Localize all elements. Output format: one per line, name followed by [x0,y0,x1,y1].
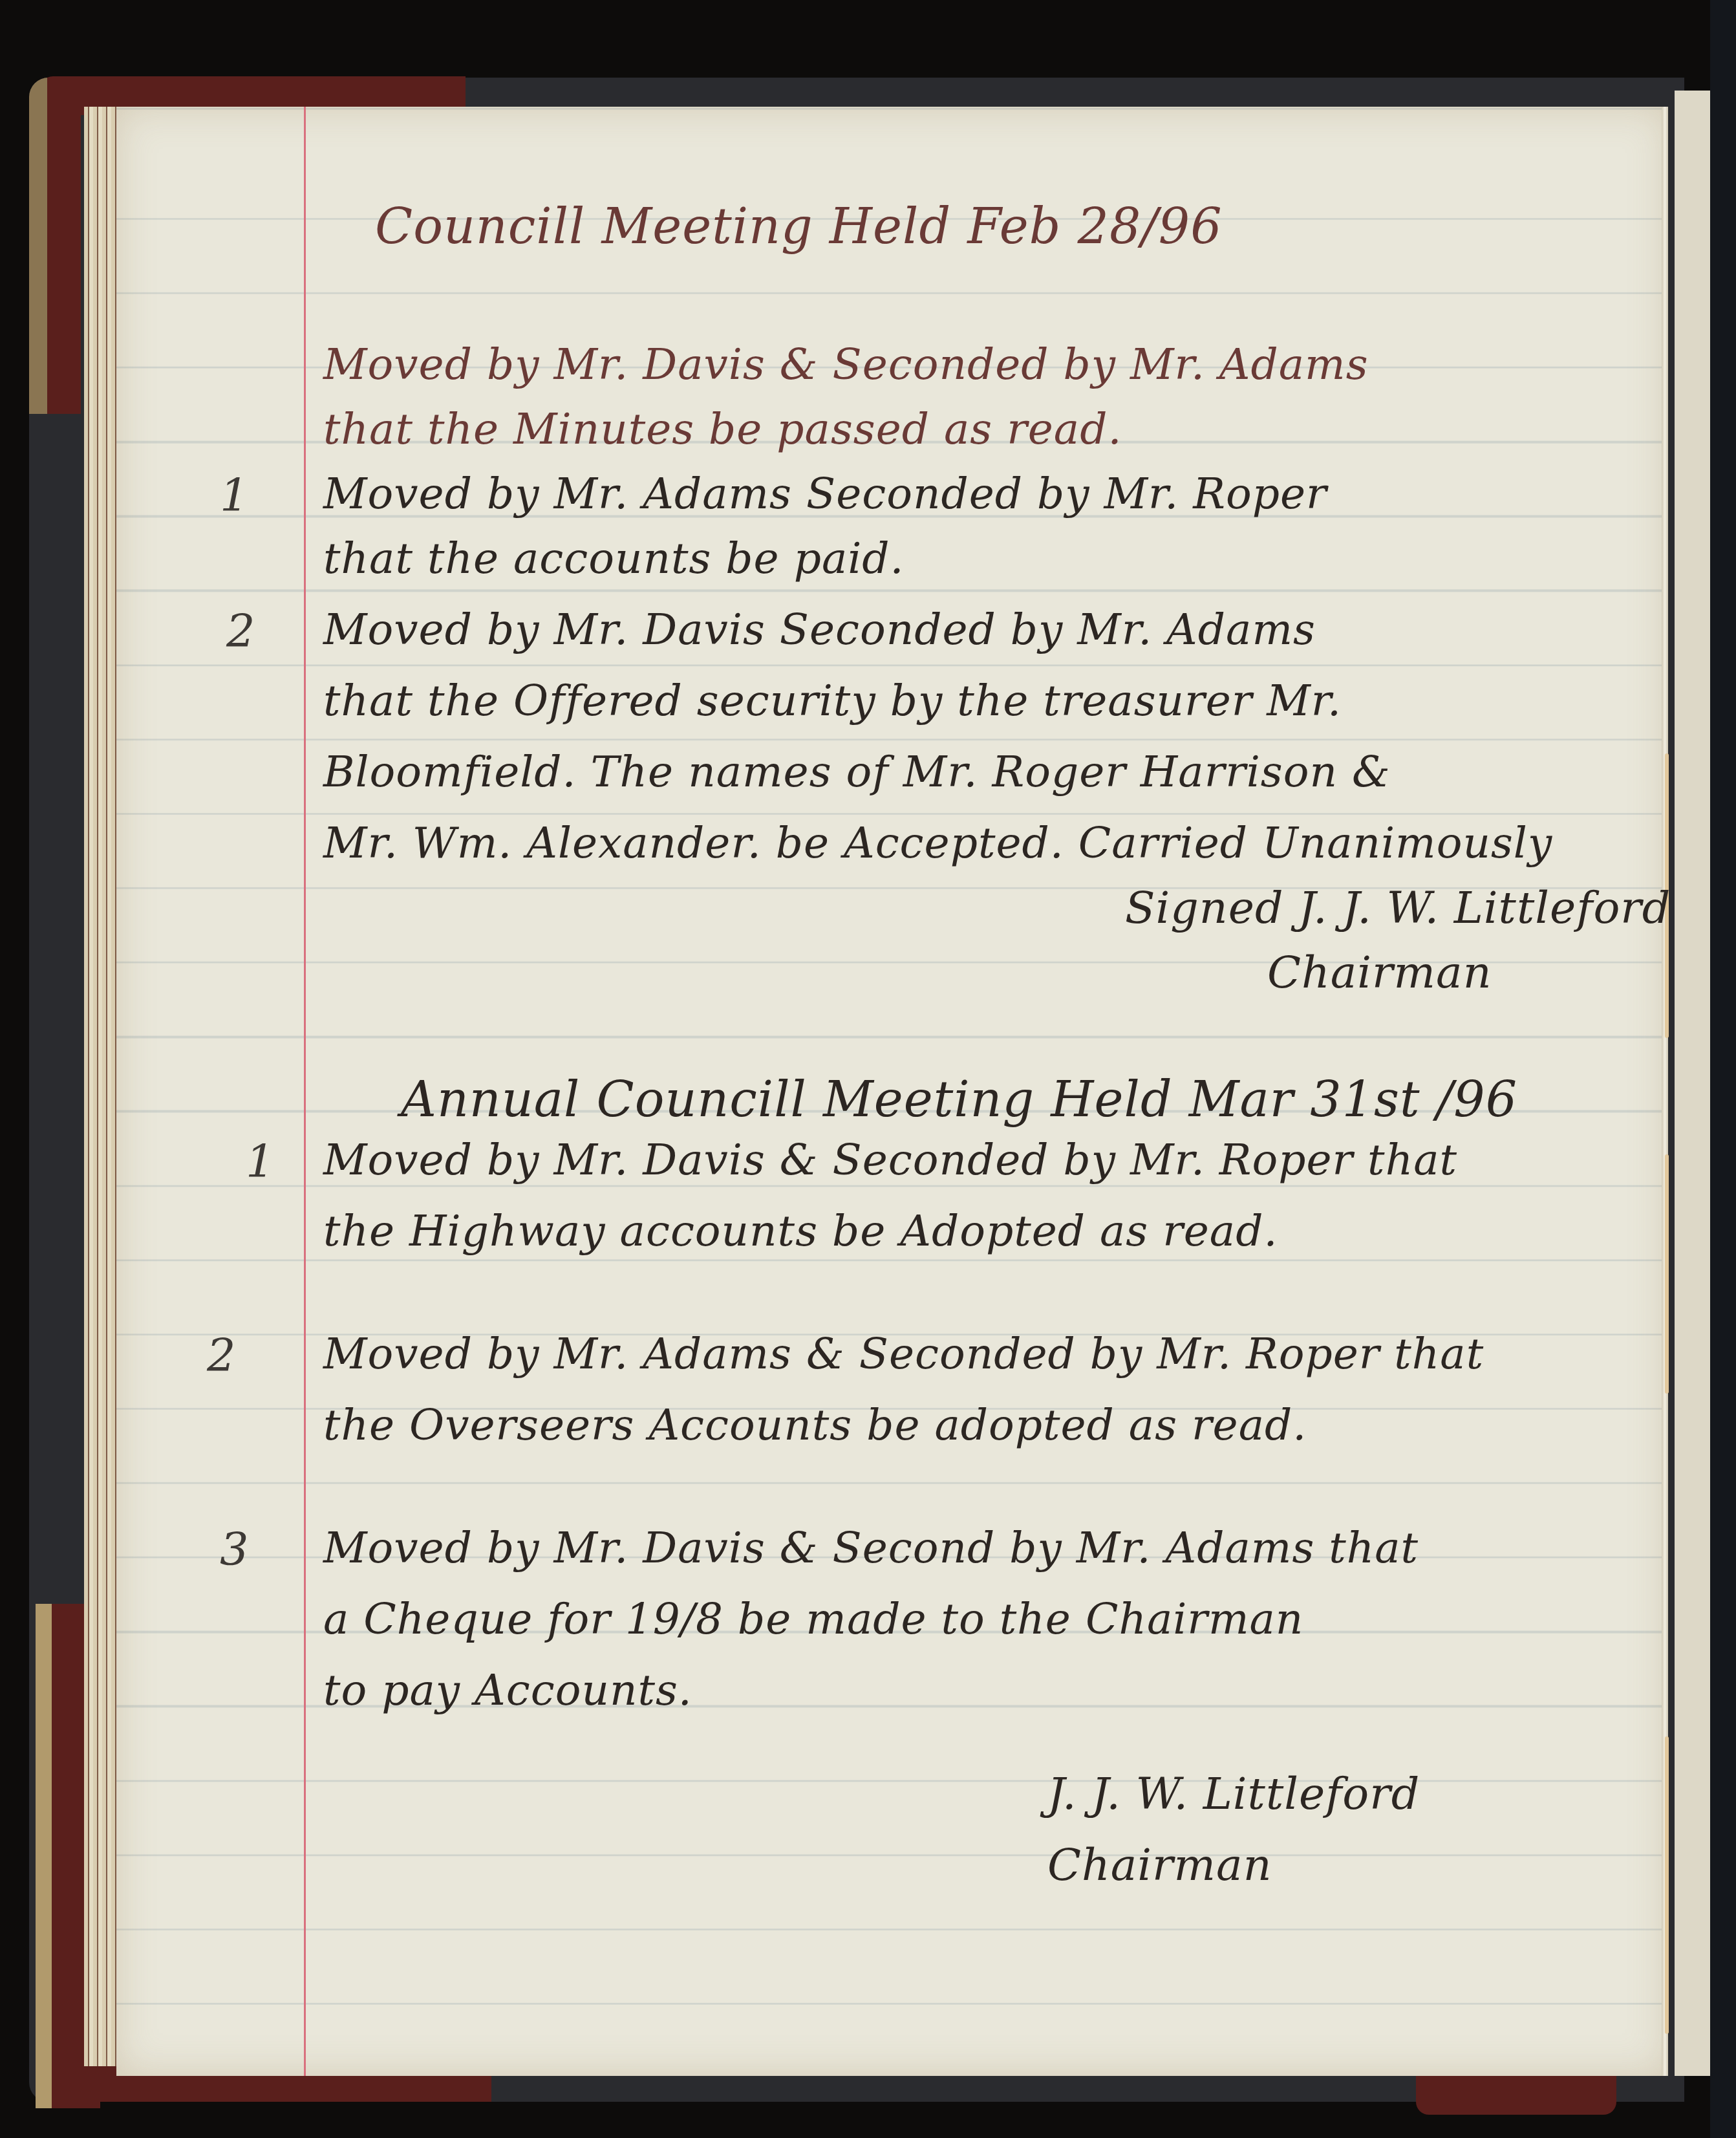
minute-line: that the accounts be paid. [323,534,905,583]
margin-rule [304,107,306,2076]
minute-line: Moved by Mr. Davis & Seconded by Mr. Rop… [323,1135,1457,1185]
ledger-page: Councill Meeting Held Feb 28/96 Moved by… [116,107,1668,2076]
minute-line: Moved by Mr. Adams Seconded by Mr. Roper [323,469,1327,519]
signature-title: Chairman [1047,1840,1272,1891]
resolution-number: 2 [226,605,255,658]
minute-line: Mr. Wm. Alexander. be Accepted. Carried … [323,818,1552,868]
signature-line: J. J. W. Littleford [1047,1769,1420,1820]
resolution-number: 2 [207,1329,236,1382]
binding-stitch [1665,1154,1669,1394]
minute-line: the Highway accounts be Adopted as read. [323,1206,1278,1256]
minute-line: Moved by Mr. Davis & Seconded by Mr. Ada… [323,340,1369,389]
meeting-heading: Annual Councill Meeting Held Mar 31st /9… [401,1070,1517,1128]
facing-page-edge [1675,91,1710,2076]
signature-line: Signed J. J. W. Littleford [1125,883,1671,934]
resolution-number: 1 [220,469,249,522]
book-spine [1710,0,1736,2138]
minute-line: Moved by Mr. Davis & Second by Mr. Adams… [323,1523,1419,1573]
minute-line: to pay Accounts. [323,1665,692,1715]
minute-line: that the Offered security by the treasur… [323,676,1342,726]
binding-stitch [1665,1736,1669,2034]
minute-line: Moved by Mr. Davis Seconded by Mr. Adams [323,605,1316,654]
resolution-number: 3 [220,1523,249,1576]
minute-line: Bloomfield. The names of Mr. Roger Harri… [323,747,1391,797]
meeting-heading: Councill Meeting Held Feb 28/96 [375,197,1223,255]
minute-line: the Overseers Accounts be adopted as rea… [323,1400,1307,1450]
minute-line: that the Minutes be passed as read. [323,404,1122,454]
resolution-number: 1 [246,1135,275,1188]
leather-corner-left [29,78,81,414]
minute-line: a Cheque for 19/8 be made to the Chairma… [323,1594,1303,1644]
minute-line: Moved by Mr. Adams & Seconded by Mr. Rop… [323,1329,1484,1379]
signature-title: Chairman [1267,947,1492,999]
